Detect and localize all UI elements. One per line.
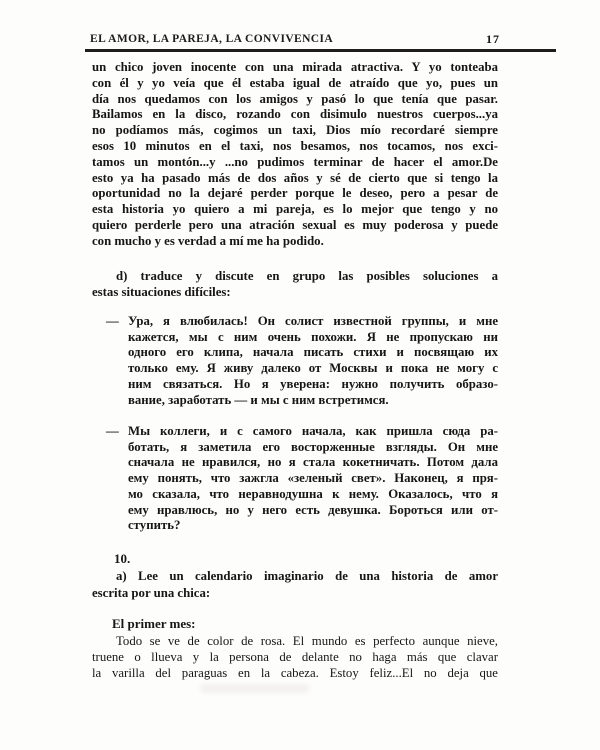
text-line: tamos un montón...y ...no pudimos termin… [92, 155, 498, 171]
text-line: truene o llueva y la persona de delante … [92, 649, 498, 665]
running-header-title: EL AMOR, LA PAREJA, LA CONVIVENCIA [90, 33, 333, 45]
text-line: Bailamos en la disco, rozando con disimu… [92, 107, 498, 123]
scan-artifact-smudge [200, 684, 310, 693]
text-line: вание, заработать — и мы с ним встретимс… [128, 393, 498, 409]
text-line: esto ya ha pasado más de dos años y sé d… [92, 171, 498, 187]
bullet-dash: — [106, 314, 119, 330]
text-line: día nos quedamos con los amigos y pasó l… [92, 92, 498, 108]
text-line: ступить? [128, 518, 498, 534]
text-line: la varilla del paraguas en la cabeza. Es… [92, 665, 498, 681]
text-line: no podíamos más, cogimos un taxi, Dios m… [92, 123, 498, 139]
first-month-heading: El primer mes: [112, 616, 196, 632]
section-d-heading: d) traduce y discute en grupo las posibl… [92, 268, 498, 301]
text-line: estas situaciones difíciles: [92, 284, 498, 300]
bullet-dash: — [106, 424, 119, 440]
text-line: сначала не нравился, но я стала кокетнич… [128, 455, 498, 471]
text-line: мо сказала, что неравнодушна к нему. Ока… [128, 487, 498, 503]
text-line: ним связаться. Но я уверена: нужно получ… [128, 377, 498, 393]
text-line: esos 10 minutos en el taxi, nos besamos,… [92, 139, 498, 155]
text-line: con él y yo veía que él estaba igual de … [92, 76, 498, 92]
russian-situation-1: Ура, я влюбилась! Он солист известной гр… [128, 314, 498, 408]
first-month-paragraph: Todo se ve de color de rosa. El mundo es… [92, 633, 498, 682]
text-line: d) traduce y discute en grupo las posibl… [92, 268, 498, 284]
text-line: Мы коллеги, и с самого начала, как пришл… [128, 424, 498, 440]
page-number: 17 [486, 32, 500, 47]
text-line: Ура, я влюбилась! Он солист известной гр… [128, 314, 498, 330]
text-line: oportunidad no la dejaré perder porque l… [92, 186, 498, 202]
text-line: ботать, я заметила его восторженные взгл… [128, 440, 498, 456]
text-line: кажется, мы с ним очень похожи. Я не про… [128, 330, 498, 346]
intro-paragraph: un chico joven inocente con una mirada a… [92, 60, 498, 250]
text-line: ему понять, что зажгла «зеленый свет». Н… [128, 471, 498, 487]
text-line: Todo se ve de color de rosa. El mundo es… [92, 633, 498, 649]
text-line: ему нравлюсь, но у него есть девушка. Бо… [128, 503, 498, 519]
russian-situation-2: Мы коллеги, и с самого начала, как пришл… [128, 424, 498, 534]
exercise-10a-heading: a) Lee un calendario imaginario de una h… [92, 568, 498, 601]
text-line: только ему. Я живу далеко от Москвы и по… [128, 361, 498, 377]
header-rule [85, 49, 556, 52]
text-line: escrita por una chica: [92, 585, 498, 602]
book-page: EL AMOR, LA PAREJA, LA CONVIVENCIA 17 un… [0, 0, 600, 750]
text-line: esta historia yo quiero a mi pareja, es … [92, 202, 498, 218]
text-line: quiero perderle pero una atración sexual… [92, 218, 498, 234]
text-line: одного его клипа, начала писать стихи и … [128, 345, 498, 361]
exercise-number: 10. [114, 551, 130, 567]
text-line: a) Lee un calendario imaginario de una h… [92, 568, 498, 585]
text-line: con mucho y es verdad a mí me ha podido. [92, 234, 498, 250]
text-line: un chico joven inocente con una mirada a… [92, 60, 498, 76]
